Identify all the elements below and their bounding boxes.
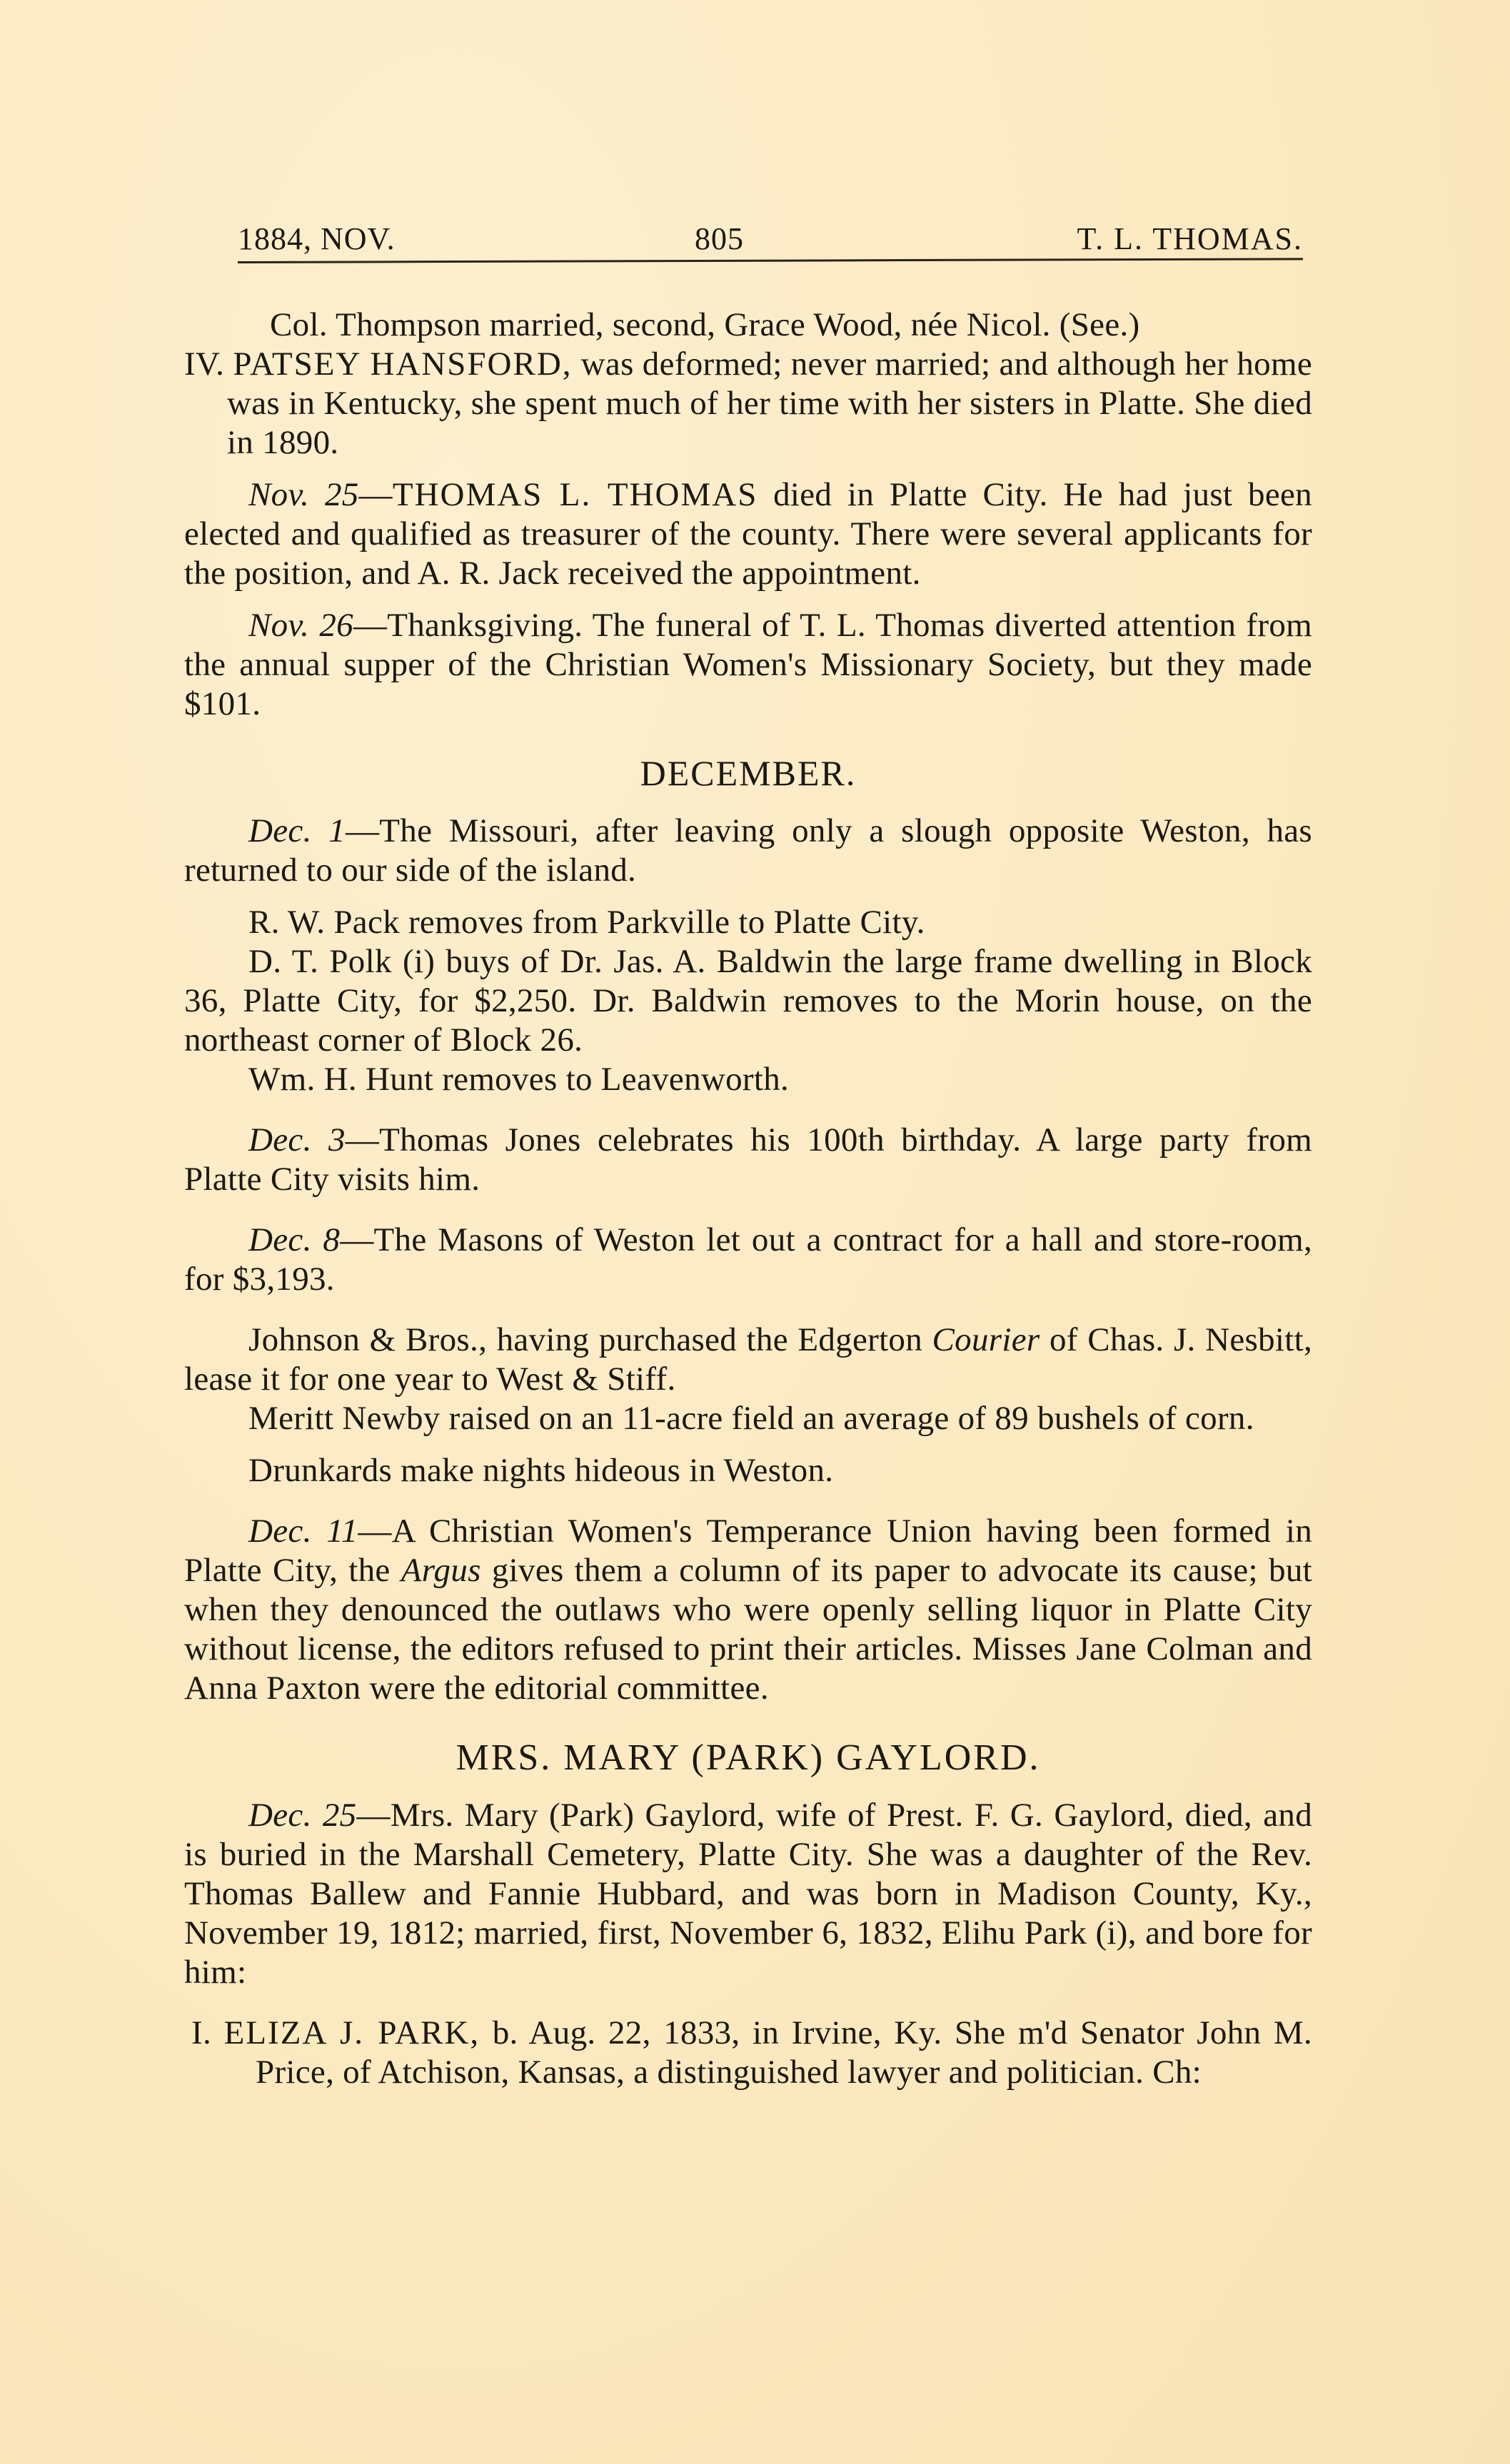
entry-polk: D. T. Polk (i) buys of Dr. Jas. A. Baldw… [184,942,1312,1060]
roman-numeral: I. [191,2014,211,2051]
newspaper-title: Courier [932,1321,1040,1358]
newspaper-title: Argus [401,1552,481,1589]
entry-dec-3: Dec. 3—Thomas Jones celebrates his 100th… [184,1121,1312,1199]
entry-johnson-bros: Johnson & Bros., having purchased the Ed… [184,1321,1312,1399]
entry-date: Dec. 3 [248,1121,346,1158]
paragraph-patsey-hansford: IV. PATSEY HANSFORD, was deformed; never… [184,345,1312,463]
entry-dec-25: Dec. 25—Mrs. Mary (Park) Gaylord, wife o… [184,1796,1312,1992]
running-head-title: T. L. THOMAS. [1077,221,1304,257]
page-body: Col. Thompson married, second, Grace Woo… [184,306,1312,2092]
person-name: PATSEY HANSFORD, [233,345,572,383]
entry-dec-8: Dec. 8—The Masons of Weston let out a co… [184,1221,1312,1299]
roman-numeral: IV. [184,345,224,383]
entry-newby: Meritt Newby raised on an 11-acre field … [184,1399,1312,1438]
entry-drunkards: Drunkards make nights hideous in Weston. [184,1451,1312,1490]
paragraph-eliza-park: I. ELIZA J. PARK, b. Aug. 22, 1833, in I… [184,2014,1312,2092]
page-number: 805 [695,221,744,257]
section-heading-december: DECEMBER. [184,754,1312,793]
entry-date: Nov. 26 [248,607,353,644]
entry-dec-1: Dec. 1—The Missouri, after leaving only … [184,812,1312,890]
entry-pack: R. W. Pack removes from Parkville to Pla… [184,903,1312,942]
entry-nov-26: Nov. 26—Thanksgiving. The funeral of T. … [184,606,1312,724]
section-heading-gaylord: MRS. MARY (PARK) GAYLORD. [184,1738,1312,1777]
header-rule [238,258,1303,263]
running-head: 1884, NOV. 805 T. L. THOMAS. [238,207,1303,257]
entry-date: Dec. 8 [248,1221,340,1258]
entry-date: Dec. 25 [248,1797,357,1834]
running-head-date: 1884, NOV. [238,221,396,257]
entry-date: Dec. 11 [248,1513,358,1550]
entry-date: Nov. 25 [248,476,359,513]
entry-dec-11: Dec. 11—A Christian Women's Temperance U… [184,1512,1312,1708]
person-name: THOMAS L. THOMAS [393,476,757,513]
entry-hunt: Wm. H. Hunt removes to Leavenworth. [184,1060,1312,1099]
entry-nov-25: Nov. 25—THOMAS L. THOMAS died in Platte … [184,475,1312,593]
paragraph-thompson: Col. Thompson married, second, Grace Woo… [184,306,1312,345]
book-page: 1884, NOV. 805 T. L. THOMAS. Col. Thomps… [0,0,1510,2464]
entry-date: Dec. 1 [248,812,346,849]
person-name: ELIZA J. PARK, [224,2014,480,2051]
